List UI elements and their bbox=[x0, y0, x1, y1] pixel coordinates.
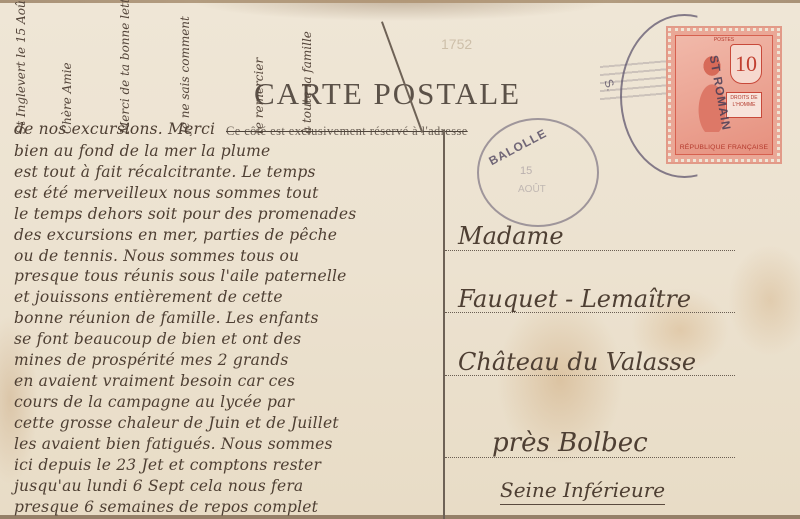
message-line: cours de la campagne au lycée par bbox=[14, 393, 294, 411]
message-line: cette grosse chaleur de Juin et de Juill… bbox=[14, 414, 339, 432]
address-name: Fauquet - Lemaître bbox=[458, 285, 691, 313]
stamp-country: RÉPUBLIQUE FRANÇAISE bbox=[678, 144, 770, 151]
receiving-postmark-month: AOÛT bbox=[518, 184, 546, 195]
stamp-tablet: DROITS DE L'HOMME bbox=[726, 92, 762, 118]
message-line: jusqu'au lundi 6 Sept cela nous fera bbox=[14, 477, 303, 495]
margin-text: St Inglevert le 15 Août bbox=[14, 14, 28, 134]
message-line: bonne réunion de famille. Les enfants bbox=[14, 309, 319, 327]
postcard: 1752 CARTE POSTALE Ce côté est exclusive… bbox=[0, 0, 800, 519]
message-line: ici depuis le 23 Jet et comptons rester bbox=[14, 456, 321, 474]
message-line: ou de tennis. Nous sommes tous ou bbox=[14, 247, 299, 265]
vertical-divider-line bbox=[443, 130, 445, 519]
stamp-value: 10 bbox=[730, 44, 762, 84]
address-dotted-line bbox=[445, 250, 735, 251]
message-line: est tout à fait récalcitrante. Le temps bbox=[14, 163, 316, 181]
receiving-postmark-date: 15 bbox=[520, 165, 532, 177]
message-line: se font beaucoup de bien et ont des bbox=[14, 330, 301, 348]
message-line: bien au fond de la mer la plume bbox=[14, 142, 270, 160]
edition-number: 1752 bbox=[441, 36, 472, 52]
postcard-title: CARTE POSTALE bbox=[254, 76, 521, 112]
message-line: le temps dehors soit pour des promenades bbox=[14, 205, 356, 223]
address-town: près Bolbec bbox=[492, 428, 648, 458]
margin-text: te remercier bbox=[252, 14, 266, 134]
message-line: presque tous réunis sous l'aile paternel… bbox=[14, 267, 347, 285]
message-line: en avaient vraiment besoin car ces bbox=[14, 372, 295, 390]
address-salutation: Madame bbox=[458, 222, 564, 250]
address-region: Seine Inférieure bbox=[500, 478, 665, 505]
margin-text: à toute la famille bbox=[300, 24, 314, 134]
message-line: des excursions en mer, parties de pêche bbox=[14, 226, 337, 244]
message-line: et jouissons entièrement de cette bbox=[14, 288, 283, 306]
margin-text: Je ne sais comment bbox=[178, 14, 192, 134]
margin-text: Chère Amie bbox=[60, 14, 74, 134]
message-line: presque 6 semaines de repos complet bbox=[14, 498, 318, 516]
stamp-top-text: POSTES bbox=[676, 37, 772, 43]
message-line: les avaient bien fatigués. Nous sommes bbox=[14, 435, 333, 453]
message-line: de nos excursions. Merci bbox=[14, 120, 215, 138]
message-line: mines de prospérité mes 2 grands bbox=[14, 351, 289, 369]
address-street: Château du Valasse bbox=[458, 348, 696, 376]
message-line: est été merveilleux nous sommes tout bbox=[14, 184, 319, 202]
margin-text: Merci de ta bonne lettre bbox=[118, 14, 132, 134]
